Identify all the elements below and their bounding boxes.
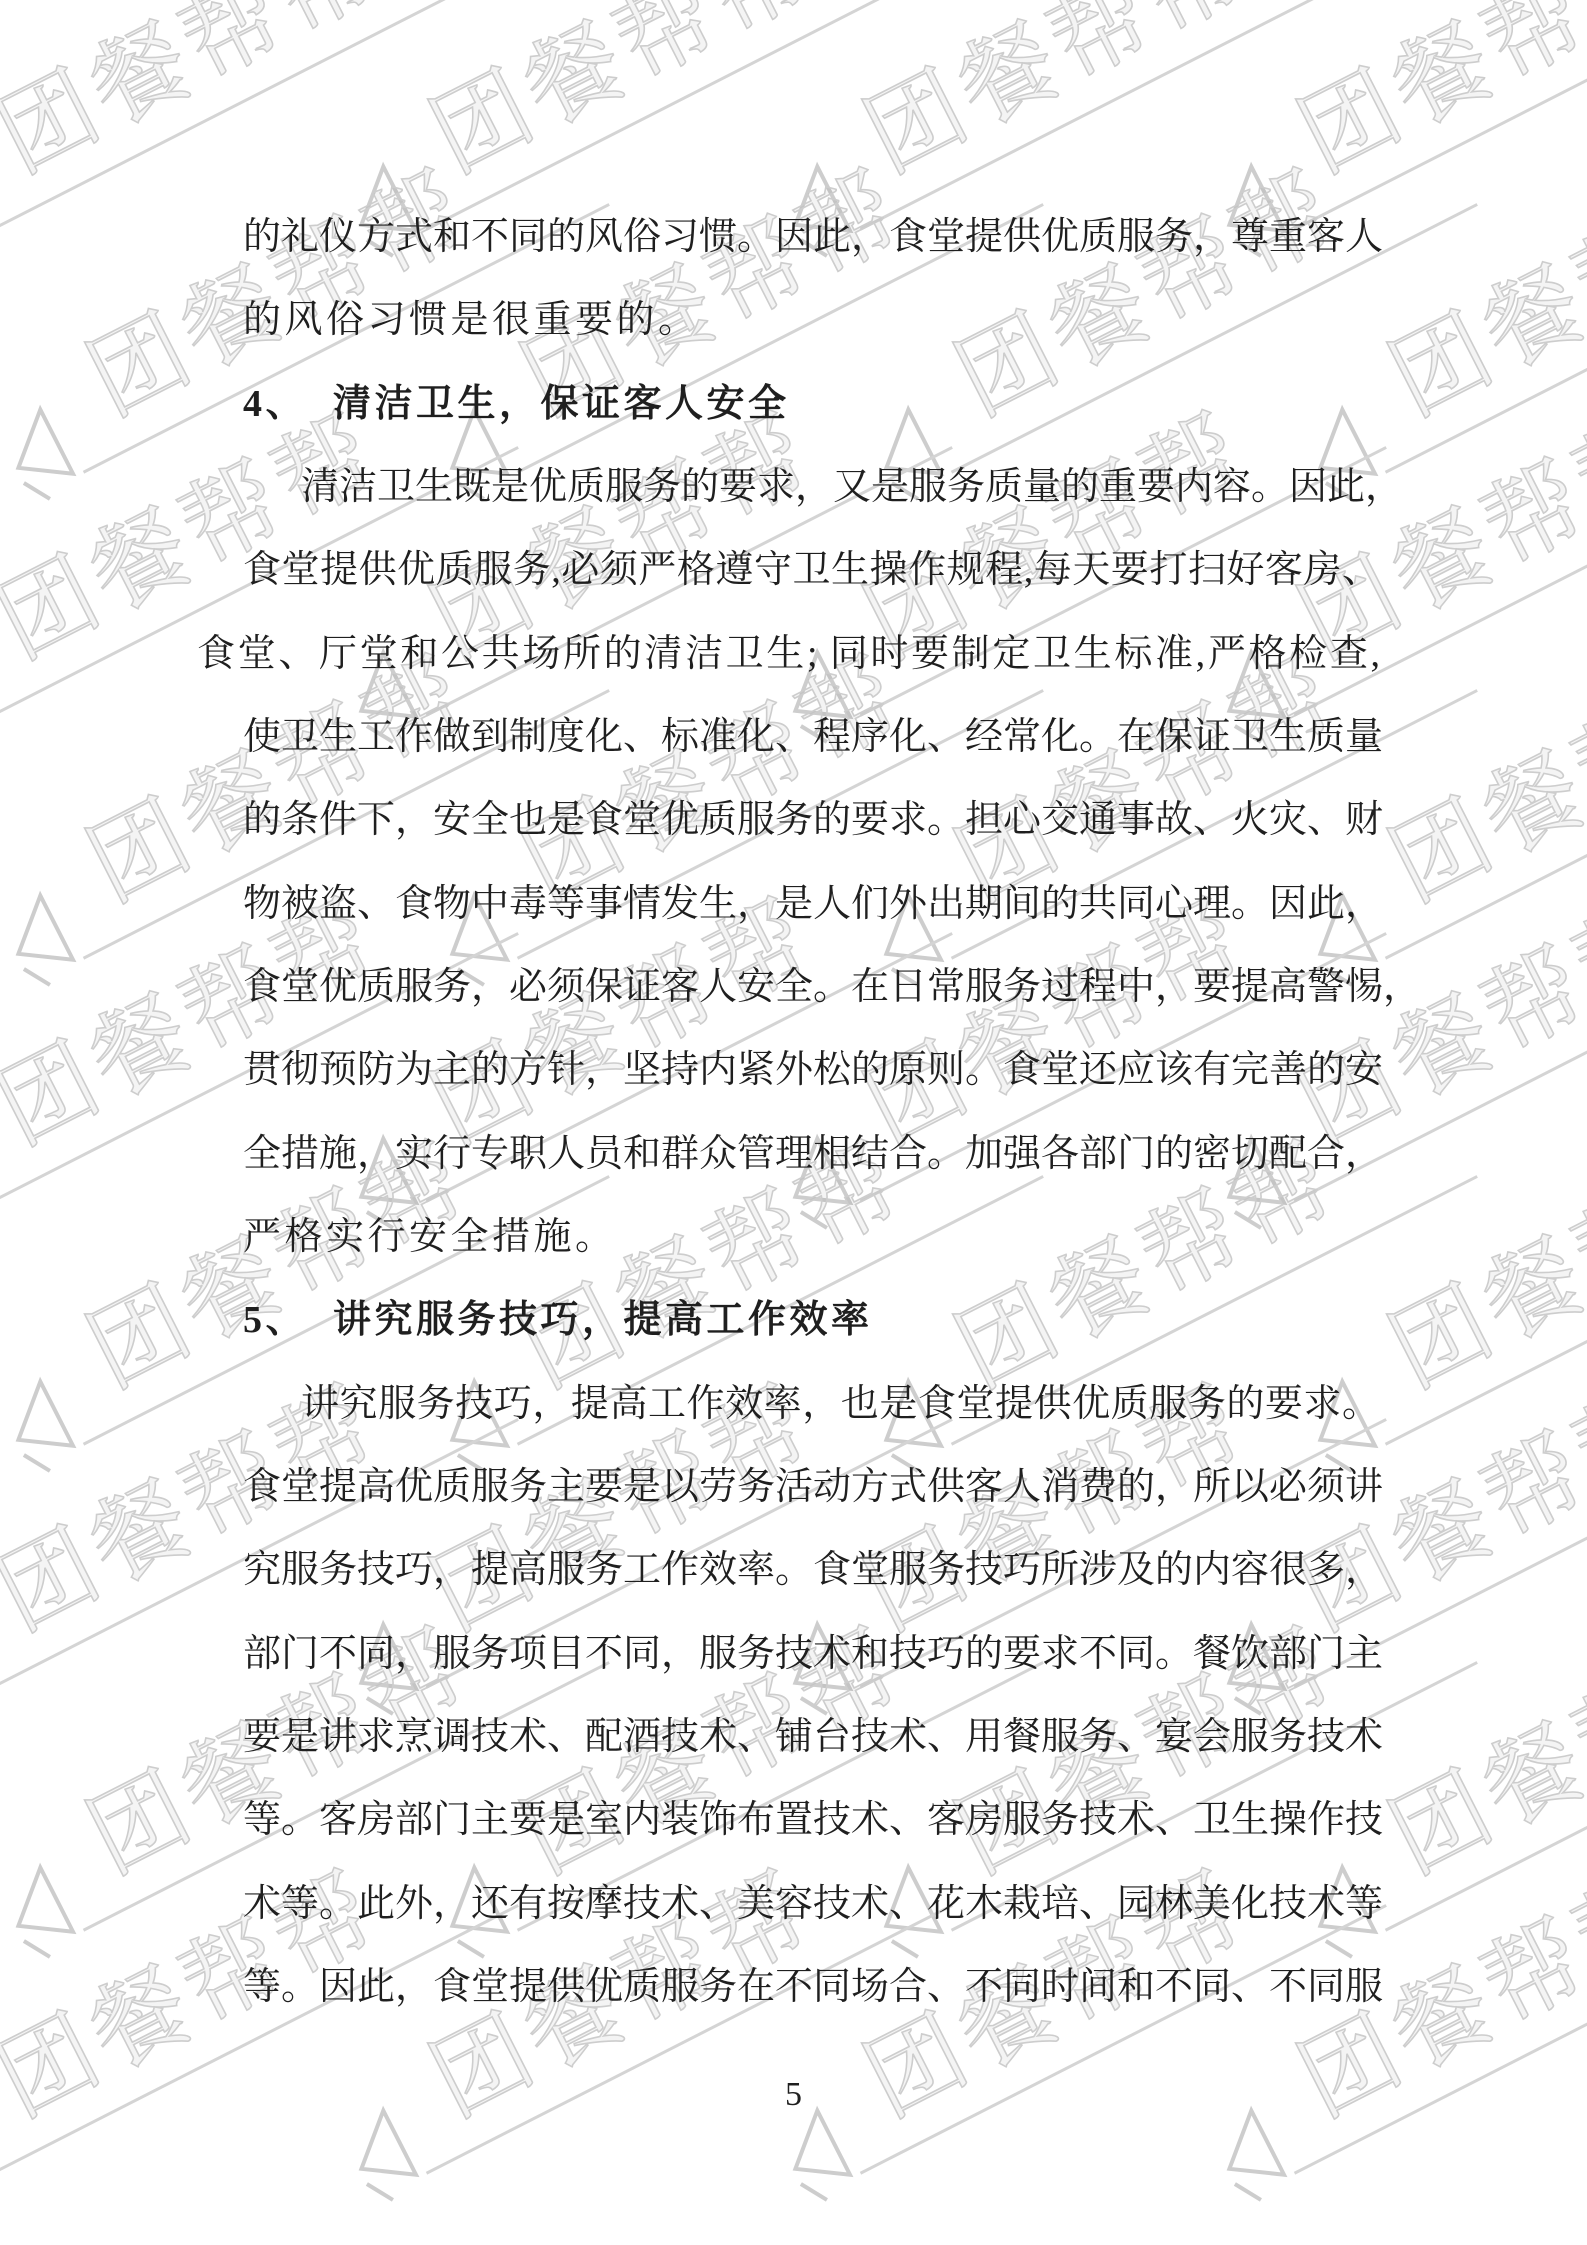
paragraph-line: 的礼仪方式和不同的风俗习惯。因此，食堂提供优质服务，尊重客人: [243, 214, 1380, 260]
paragraph-line: 食堂提供优质服务,必须严格遵守卫生操作规程,每天要打扫好客房、: [243, 547, 1380, 593]
paragraph-line: 的风俗习惯是很重要的。: [243, 297, 1380, 343]
document-page: 团餐帮帮团餐帮帮团餐帮帮团餐帮帮团餐帮帮团餐帮帮团餐帮帮团餐帮帮团餐帮帮团餐帮帮…: [0, 0, 1587, 2245]
text-layer: 的礼仪方式和不同的风俗习惯。因此，食堂提供优质服务，尊重客人 的风俗习惯是很重要…: [0, 0, 1587, 2245]
paragraph-line: 食堂、厅堂和公共场所的清洁卫生; 同时要制定卫生标准,严格检查,: [197, 631, 1380, 677]
paragraph-line: 贯彻预防为主的方针，坚持内紧外松的原则。食堂还应该有完善的安: [243, 1047, 1380, 1093]
section-5-title: 讲究服务技巧，提高工作效率: [333, 1299, 873, 1341]
paragraph-line: 物被盗、食物中毒等事情发生，是人们外出期间的共同心理。因此，: [243, 881, 1380, 927]
paragraph-line: 讲究服务技巧，提高工作效率，也是食堂提供优质服务的要求。: [243, 1381, 1380, 1427]
paragraph-line: 等。因此，食堂提供优质服务在不同场合、不同时间和不同、不同服: [243, 1964, 1380, 2010]
paragraph-line: 等。客房部门主要是室内装饰布置技术、客房服务技术、卫生操作技: [243, 1797, 1380, 1843]
paragraph-line: 要是讲求烹调技术、配酒技术、铺台技术、用餐服务、宴会服务技术: [243, 1714, 1380, 1760]
section-4-heading: 4、清洁卫生，保证客人安全: [243, 381, 1380, 427]
paragraph-line: 使卫生工作做到制度化、标准化、程序化、经常化。在保证卫生质量: [243, 714, 1380, 760]
section-5-heading: 5、讲究服务技巧，提高工作效率: [243, 1297, 1380, 1343]
paragraph-line: 严格实行安全措施。: [243, 1214, 1380, 1260]
paragraph-line: 全措施，实行专职人员和群众管理相结合。加强各部门的密切配合，: [243, 1131, 1380, 1177]
section-5-number: 5、: [243, 1299, 307, 1341]
paragraph-line: 食堂优质服务，必须保证客人安全。在日常服务过程中，要提高警惕，: [243, 964, 1380, 1010]
page-number: 5: [0, 2076, 1587, 2114]
paragraph-line: 的条件下，安全也是食堂优质服务的要求。担心交通事故、火灾、财: [243, 797, 1380, 843]
section-4-title: 清洁卫生，保证客人安全: [333, 383, 790, 425]
section-4-number: 4、: [243, 383, 307, 425]
paragraph-line: 食堂提高优质服务主要是以劳务活动方式供客人消费的，所以必须讲: [243, 1464, 1380, 1510]
paragraph-line: 部门不同，服务项目不同，服务技术和技巧的要求不同。餐饮部门主: [243, 1631, 1380, 1677]
paragraph-line: 术等。此外，还有按摩技术、美容技术、花木栽培、园林美化技术等: [243, 1881, 1380, 1927]
paragraph-line: 究服务技巧，提高服务工作效率。食堂服务技巧所涉及的内容很多，: [243, 1547, 1380, 1593]
paragraph-line: 清洁卫生既是优质服务的要求，又是服务质量的重要内容。因此，: [243, 464, 1380, 510]
